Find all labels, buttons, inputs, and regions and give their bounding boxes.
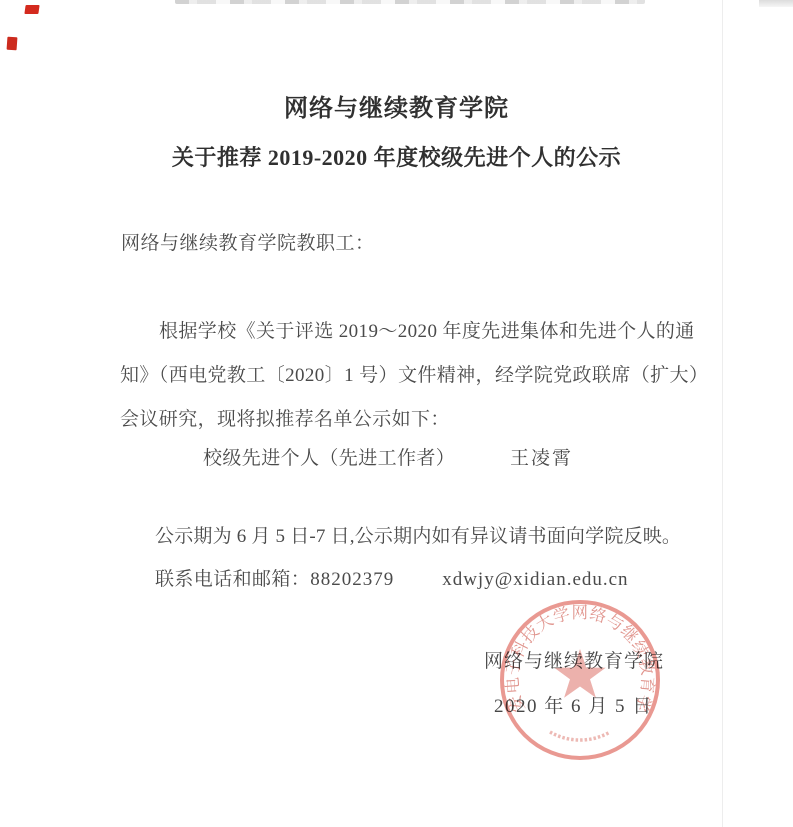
award-recipient-name: 王凌霄 (510, 443, 573, 470)
scan-corner-smudge (759, 0, 793, 7)
scanned-document-page: 网络与继续教育学院 关于推荐 2019-2020 年度校级先进个人的公示 网络与… (0, 0, 793, 827)
scan-top-smudge (175, 0, 645, 4)
red-ink-mark-2 (7, 37, 18, 51)
body-paragraph: 根据学校《关于评选 2019～2020 年度先进集体和先进个人的通 知》（西电党… (120, 310, 702, 442)
official-seal: 西安电子科技大学网络与继续教育学院 (495, 594, 665, 766)
doc-title: 网络与继续教育学院 (0, 88, 793, 123)
red-ink-mark-1 (24, 5, 39, 14)
doc-subtitle: 关于推荐 2019-2020 年度校级先进个人的公示 (0, 141, 793, 172)
body-line-3: 会议研究，现将拟推荐名单公示如下： (120, 398, 702, 442)
award-category: 校级先进个人（先进工作者） (203, 443, 455, 470)
salutation: 网络与继续教育学院教职工： (121, 228, 375, 255)
contact-line: 联系电话和邮箱：88202379xdwjy@xidian.edu.cn (155, 564, 629, 591)
body-line-1: 根据学校《关于评选 2019～2020 年度先进集体和先进个人的通 (120, 310, 702, 354)
signature-date: 2020 年 6 月 5 日 (494, 691, 653, 718)
body-line-2: 知》（西电党教工〔2020〕1 号）文件精神，经学院党政联席（扩大） (120, 354, 702, 398)
seal-ring (502, 602, 658, 758)
scan-vertical-line (722, 0, 723, 827)
signature-organization: 网络与继续教育学院 (484, 646, 664, 673)
contact-label: 联系电话和邮箱： (155, 569, 310, 590)
contact-email: xdwjy@xidian.edu.cn (442, 569, 628, 590)
contact-phone: 88202379 (310, 569, 394, 590)
seal-code-marks (550, 732, 610, 740)
notice-period-line: 公示期为 6 月 5 日-7 日,公示期内如有异议请书面向学院反映。 (155, 521, 681, 548)
